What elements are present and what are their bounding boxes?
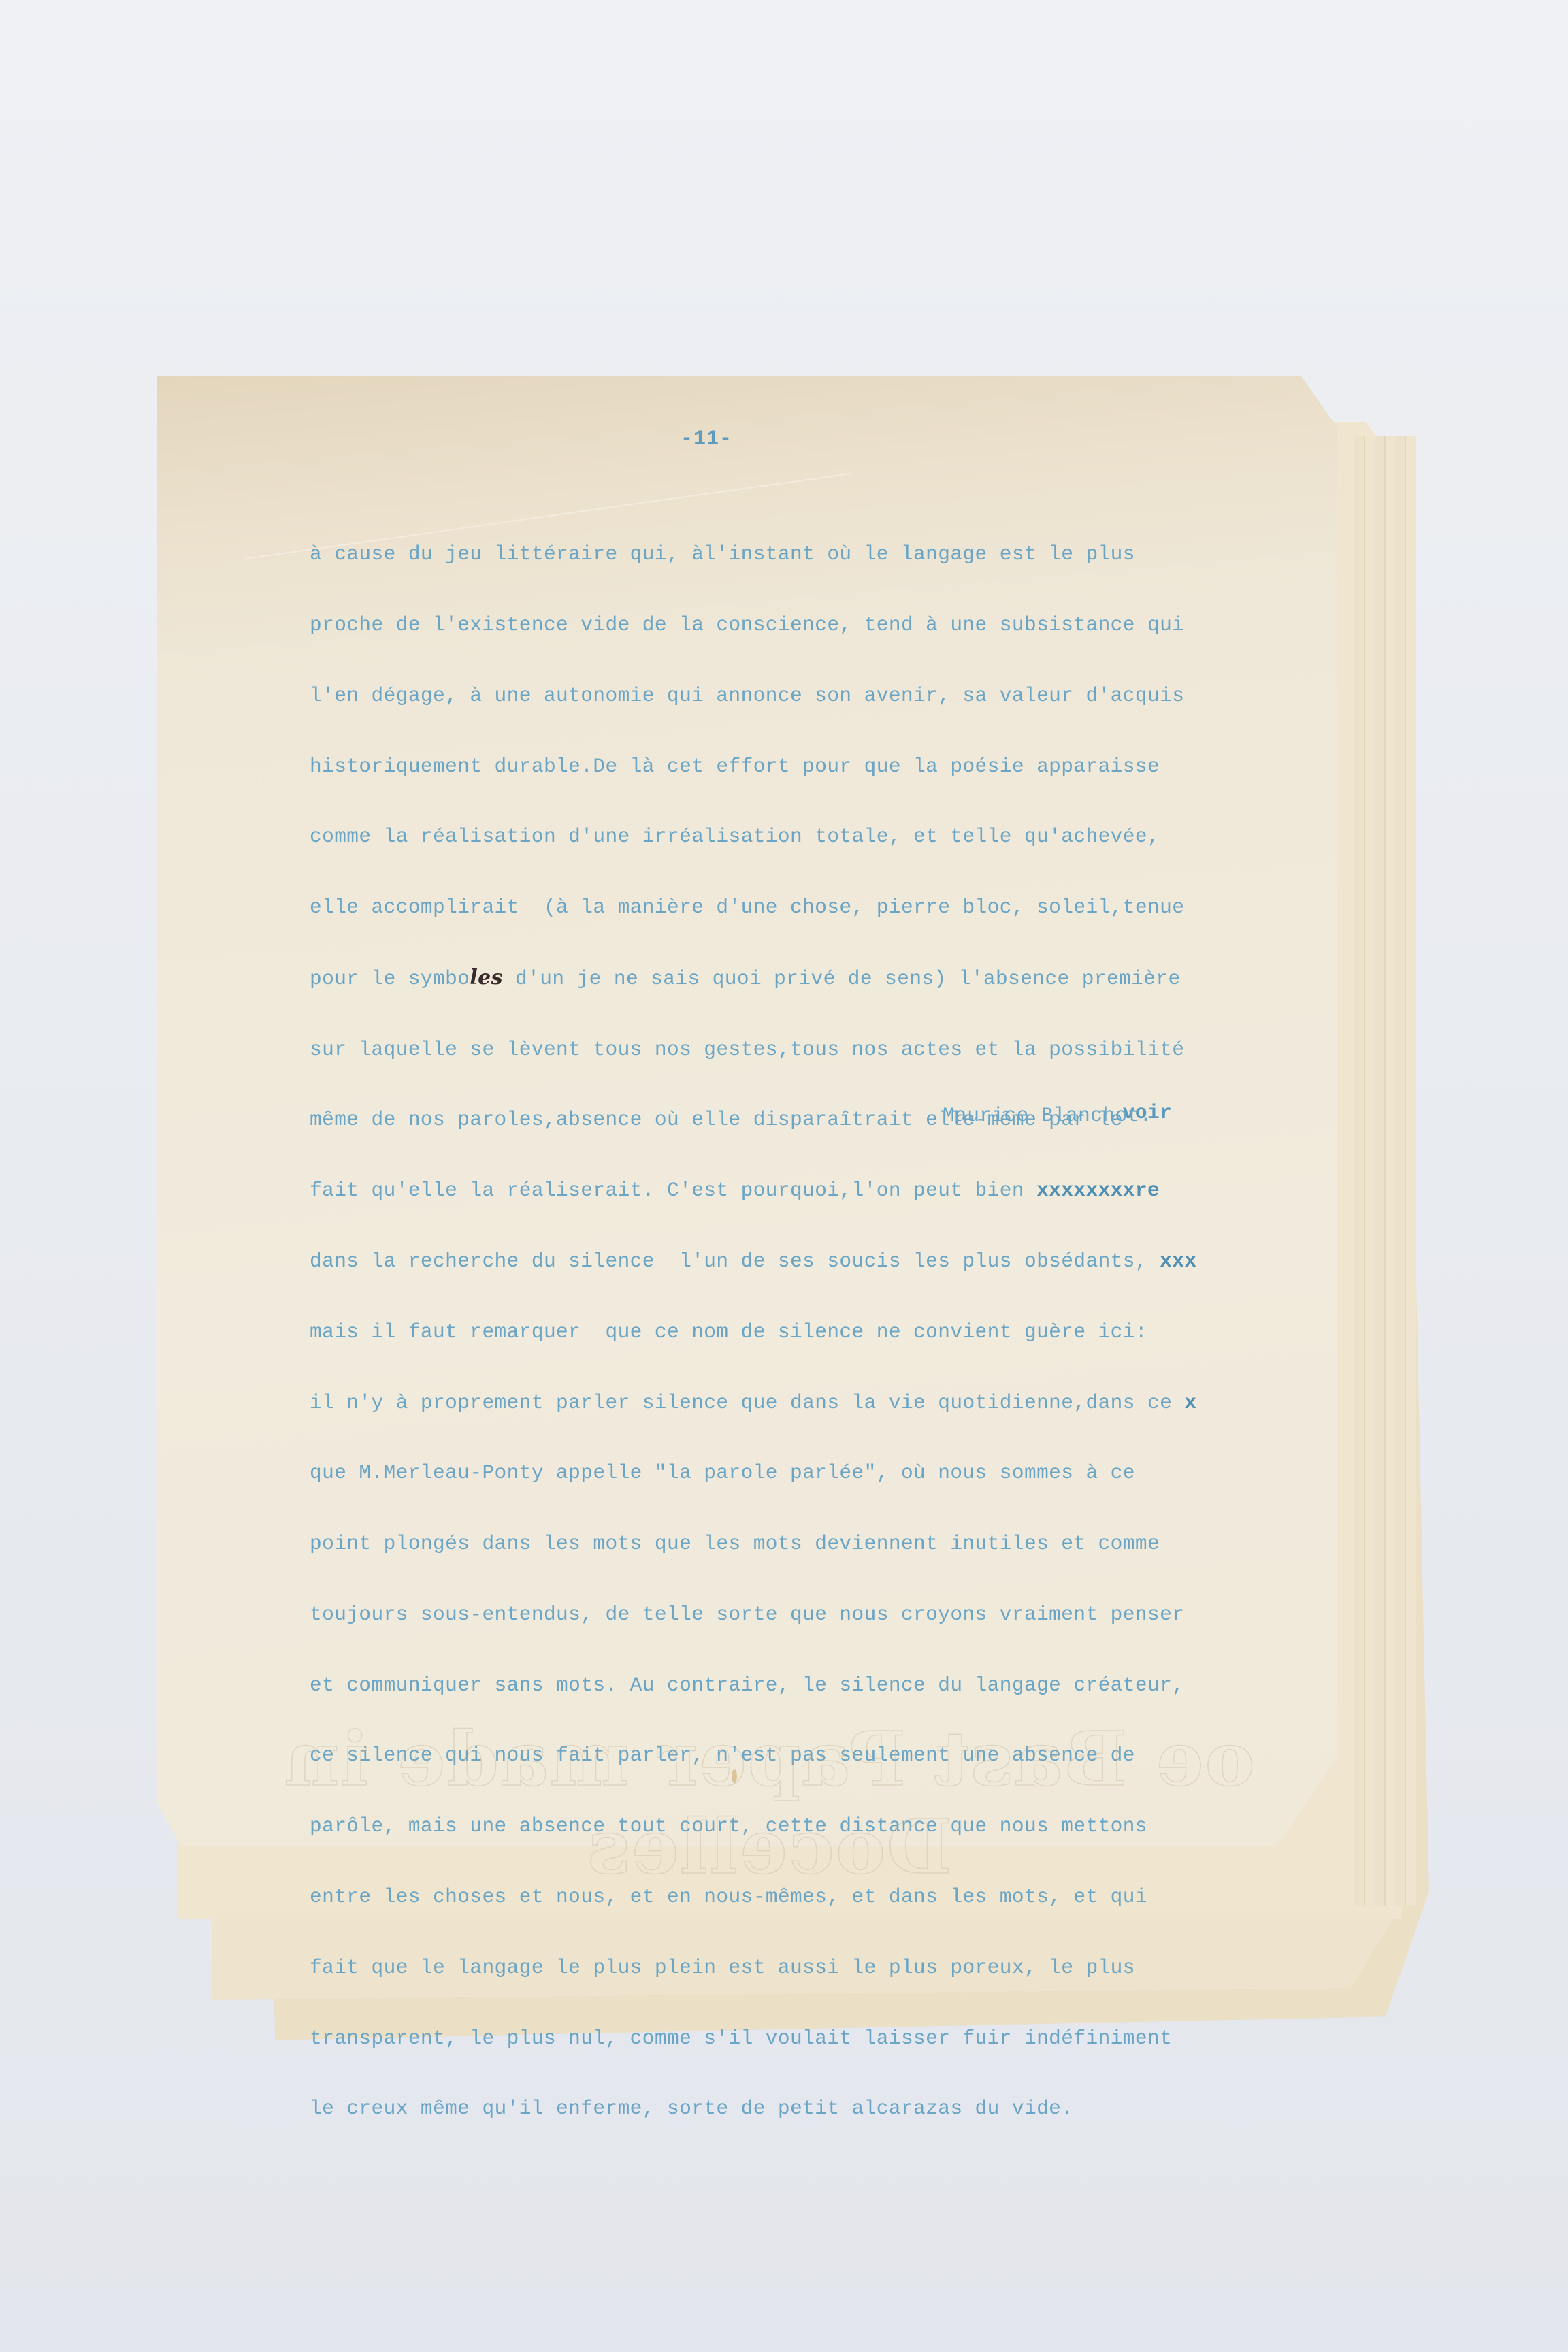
text-line: mais il faut remarquer que ce nom de sil…	[310, 1320, 1371, 1344]
text-line: historiquement durable.De là cet effort …	[310, 755, 1371, 779]
text-line: le creux même qu'il enferme, sorte de pe…	[310, 2097, 1371, 2121]
text-line-with-strikeout: fait qu'elle la réaliserait. C'est pourq…	[310, 1179, 1371, 1203]
text-fragment: d'un je ne sais quoi privé de sens) l'ab…	[503, 967, 1181, 990]
text-line: que M.Merleau-Ponty appelle "la parole p…	[310, 1461, 1371, 1485]
author-signature: Maurice Blanchot.	[943, 1104, 1152, 1127]
paper-watermark: oe Bast Paper made in Docelles	[163, 1715, 1375, 1891]
struck-out-margin: xxx	[1160, 1249, 1196, 1273]
text-fragment: pour le symbo	[310, 967, 470, 990]
handwritten-correction: les	[470, 966, 503, 990]
text-line: l'en dégage, à une autonomie qui annonce…	[310, 684, 1371, 708]
text-line: à cause du jeu littéraire qui, àl'instan…	[310, 542, 1371, 566]
text-line: et communiquer sans mots. Au contraire, …	[310, 1673, 1371, 1697]
text-fragment: fait qu'elle la réaliserait. C'est pourq…	[310, 1179, 1036, 1202]
text-line: toujours sous-entendus, de telle sorte q…	[310, 1603, 1371, 1627]
struck-out-margin: x	[1184, 1391, 1196, 1414]
text-line: sur laquelle se lèvent tous nos gestes,t…	[310, 1038, 1371, 1062]
paper-stain	[732, 1769, 737, 1783]
page-number: -11-	[681, 427, 732, 451]
typed-body-text: à cause du jeu littéraire qui, àl'instan…	[310, 495, 1371, 2144]
text-line: elle accomplirait (à la manière d'une ch…	[310, 896, 1371, 919]
text-line-with-insertion: même de nos paroles,absence où elle disp…	[310, 1108, 1371, 1132]
text-line-with-strikeout: dans la recherche du silence l'un de ses…	[310, 1249, 1371, 1273]
text-line: transparent, le plus nul, comme s'il vou…	[310, 2027, 1371, 2051]
text-fragment: dans la recherche du silence l'un de ses…	[310, 1249, 1160, 1273]
struck-out-word: xxxxxxxxre	[1036, 1179, 1160, 1202]
text-fragment: il n'y à proprement parler silence que d…	[310, 1391, 1184, 1414]
text-line: comme la réalisation d'une irréalisation…	[310, 825, 1371, 849]
text-line: point plongés dans les mots que les mots…	[310, 1532, 1371, 1556]
text-line: fait que le langage le plus plein est au…	[310, 1956, 1371, 1980]
text-line-with-strikeout: il n'y à proprement parler silence que d…	[310, 1391, 1371, 1415]
text-line: proche de l'existence vide de la conscie…	[310, 613, 1371, 637]
text-line-with-correction: pour le symboles d'un je ne sais quoi pr…	[310, 966, 1371, 991]
